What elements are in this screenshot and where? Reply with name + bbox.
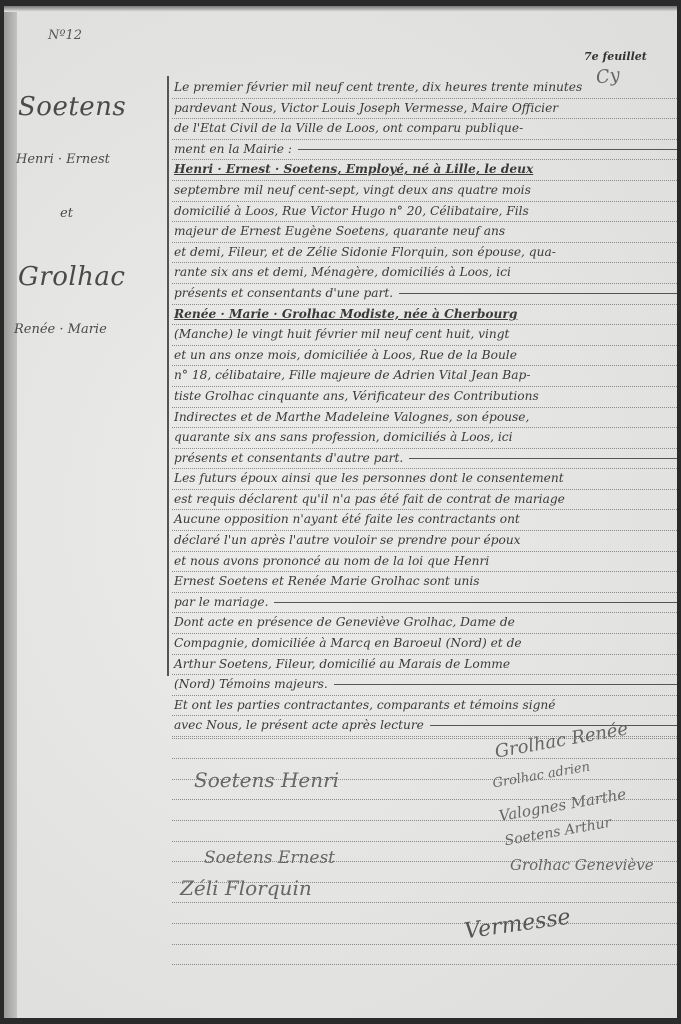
signature-witness-2: Grolhac Geneviève	[510, 856, 654, 874]
text-line: par le mariage.	[172, 593, 677, 614]
act-body: Le premier février mil neuf cent trente,…	[172, 78, 677, 737]
signature-groom-mother: Zéli Florquin	[180, 876, 312, 900]
text-line: Arthur Soetens, Fileur, domicilié au Mar…	[172, 655, 677, 676]
text-line: et un ans onze mois, domiciliée à Loos, …	[172, 346, 677, 367]
groom-given-names: Henri · Ernest	[16, 152, 110, 167]
text-line: (Nord) Témoins majeurs.	[172, 675, 677, 696]
groom-heading-line: Henri · Ernest · Soetens, Employé, né à …	[172, 160, 677, 181]
text-line: déclaré l'un après l'autre vouloir se pr…	[172, 531, 677, 552]
text-line: Les futurs époux ainsi que les personnes…	[172, 469, 677, 490]
register-page: Nº12 7e feuillet Cy Soetens Henri · Erne…	[4, 6, 677, 1018]
text-line: et nous avons prononcé au nom de la loi …	[172, 552, 677, 573]
text-line: tiste Grolhac cinquante ans, Vérificateu…	[172, 387, 677, 408]
top-shadow	[4, 6, 677, 12]
text-line: est requis déclarent qu'il n'a pas été f…	[172, 490, 677, 511]
signature-area	[172, 718, 677, 965]
text-line: Compagnie, domiciliée à Marcq en Baroeul…	[172, 634, 677, 655]
text-line: Ernest Soetens et Renée Marie Grolhac so…	[172, 572, 677, 593]
text-line: domicilié à Loos, Rue Victor Hugo n° 20,…	[172, 202, 677, 223]
text-line: n° 18, célibataire, Fille majeure de Adr…	[172, 366, 677, 387]
bride-heading-line: Renée · Marie · Grolhac Modiste, née à C…	[172, 305, 677, 326]
text-line: de l'Etat Civil de la Ville de Loos, ont…	[172, 119, 677, 140]
text-line: majeur de Ernest Eugène Soetens, quarant…	[172, 222, 677, 243]
text-line: ment en la Mairie :	[172, 140, 677, 161]
conjunction: et	[60, 206, 73, 221]
text-line: Aucune opposition n'ayant été faite les …	[172, 510, 677, 531]
text-line: Et ont les parties contractantes, compar…	[172, 696, 677, 717]
text-line: (Manche) le vingt huit février mil neuf …	[172, 325, 677, 346]
text-line: quarante six ans sans profession, domici…	[172, 428, 677, 449]
margin-rule	[167, 76, 169, 676]
text-line: présents et consentants d'autre part.	[172, 449, 677, 470]
text-line: Le premier février mil neuf cent trente,…	[172, 78, 677, 99]
signature-groom: Soetens Henri	[194, 768, 339, 792]
groom-surname: Soetens	[18, 92, 126, 122]
folio-label: 7e feuillet	[584, 50, 647, 63]
text-line: rante six ans et demi, Ménagère, domicil…	[172, 263, 677, 284]
text-line: septembre mil neuf cent-sept, vingt deux…	[172, 181, 677, 202]
text-line: présents et consentants d'une part.	[172, 284, 677, 305]
text-line: pardevant Nous, Victor Louis Joseph Verm…	[172, 99, 677, 120]
act-number: Nº12	[48, 28, 82, 43]
signature-groom-father: Soetens Ernest	[204, 848, 335, 868]
text-line: Dont acte en présence de Geneviève Grolh…	[172, 613, 677, 634]
text-line: et demi, Fileur, et de Zélie Sidonie Flo…	[172, 243, 677, 264]
bride-given-names: Renée · Marie	[14, 322, 107, 337]
text-line: Indirectes et de Marthe Madeleine Valogn…	[172, 408, 677, 429]
bride-surname: Grolhac	[18, 262, 125, 292]
